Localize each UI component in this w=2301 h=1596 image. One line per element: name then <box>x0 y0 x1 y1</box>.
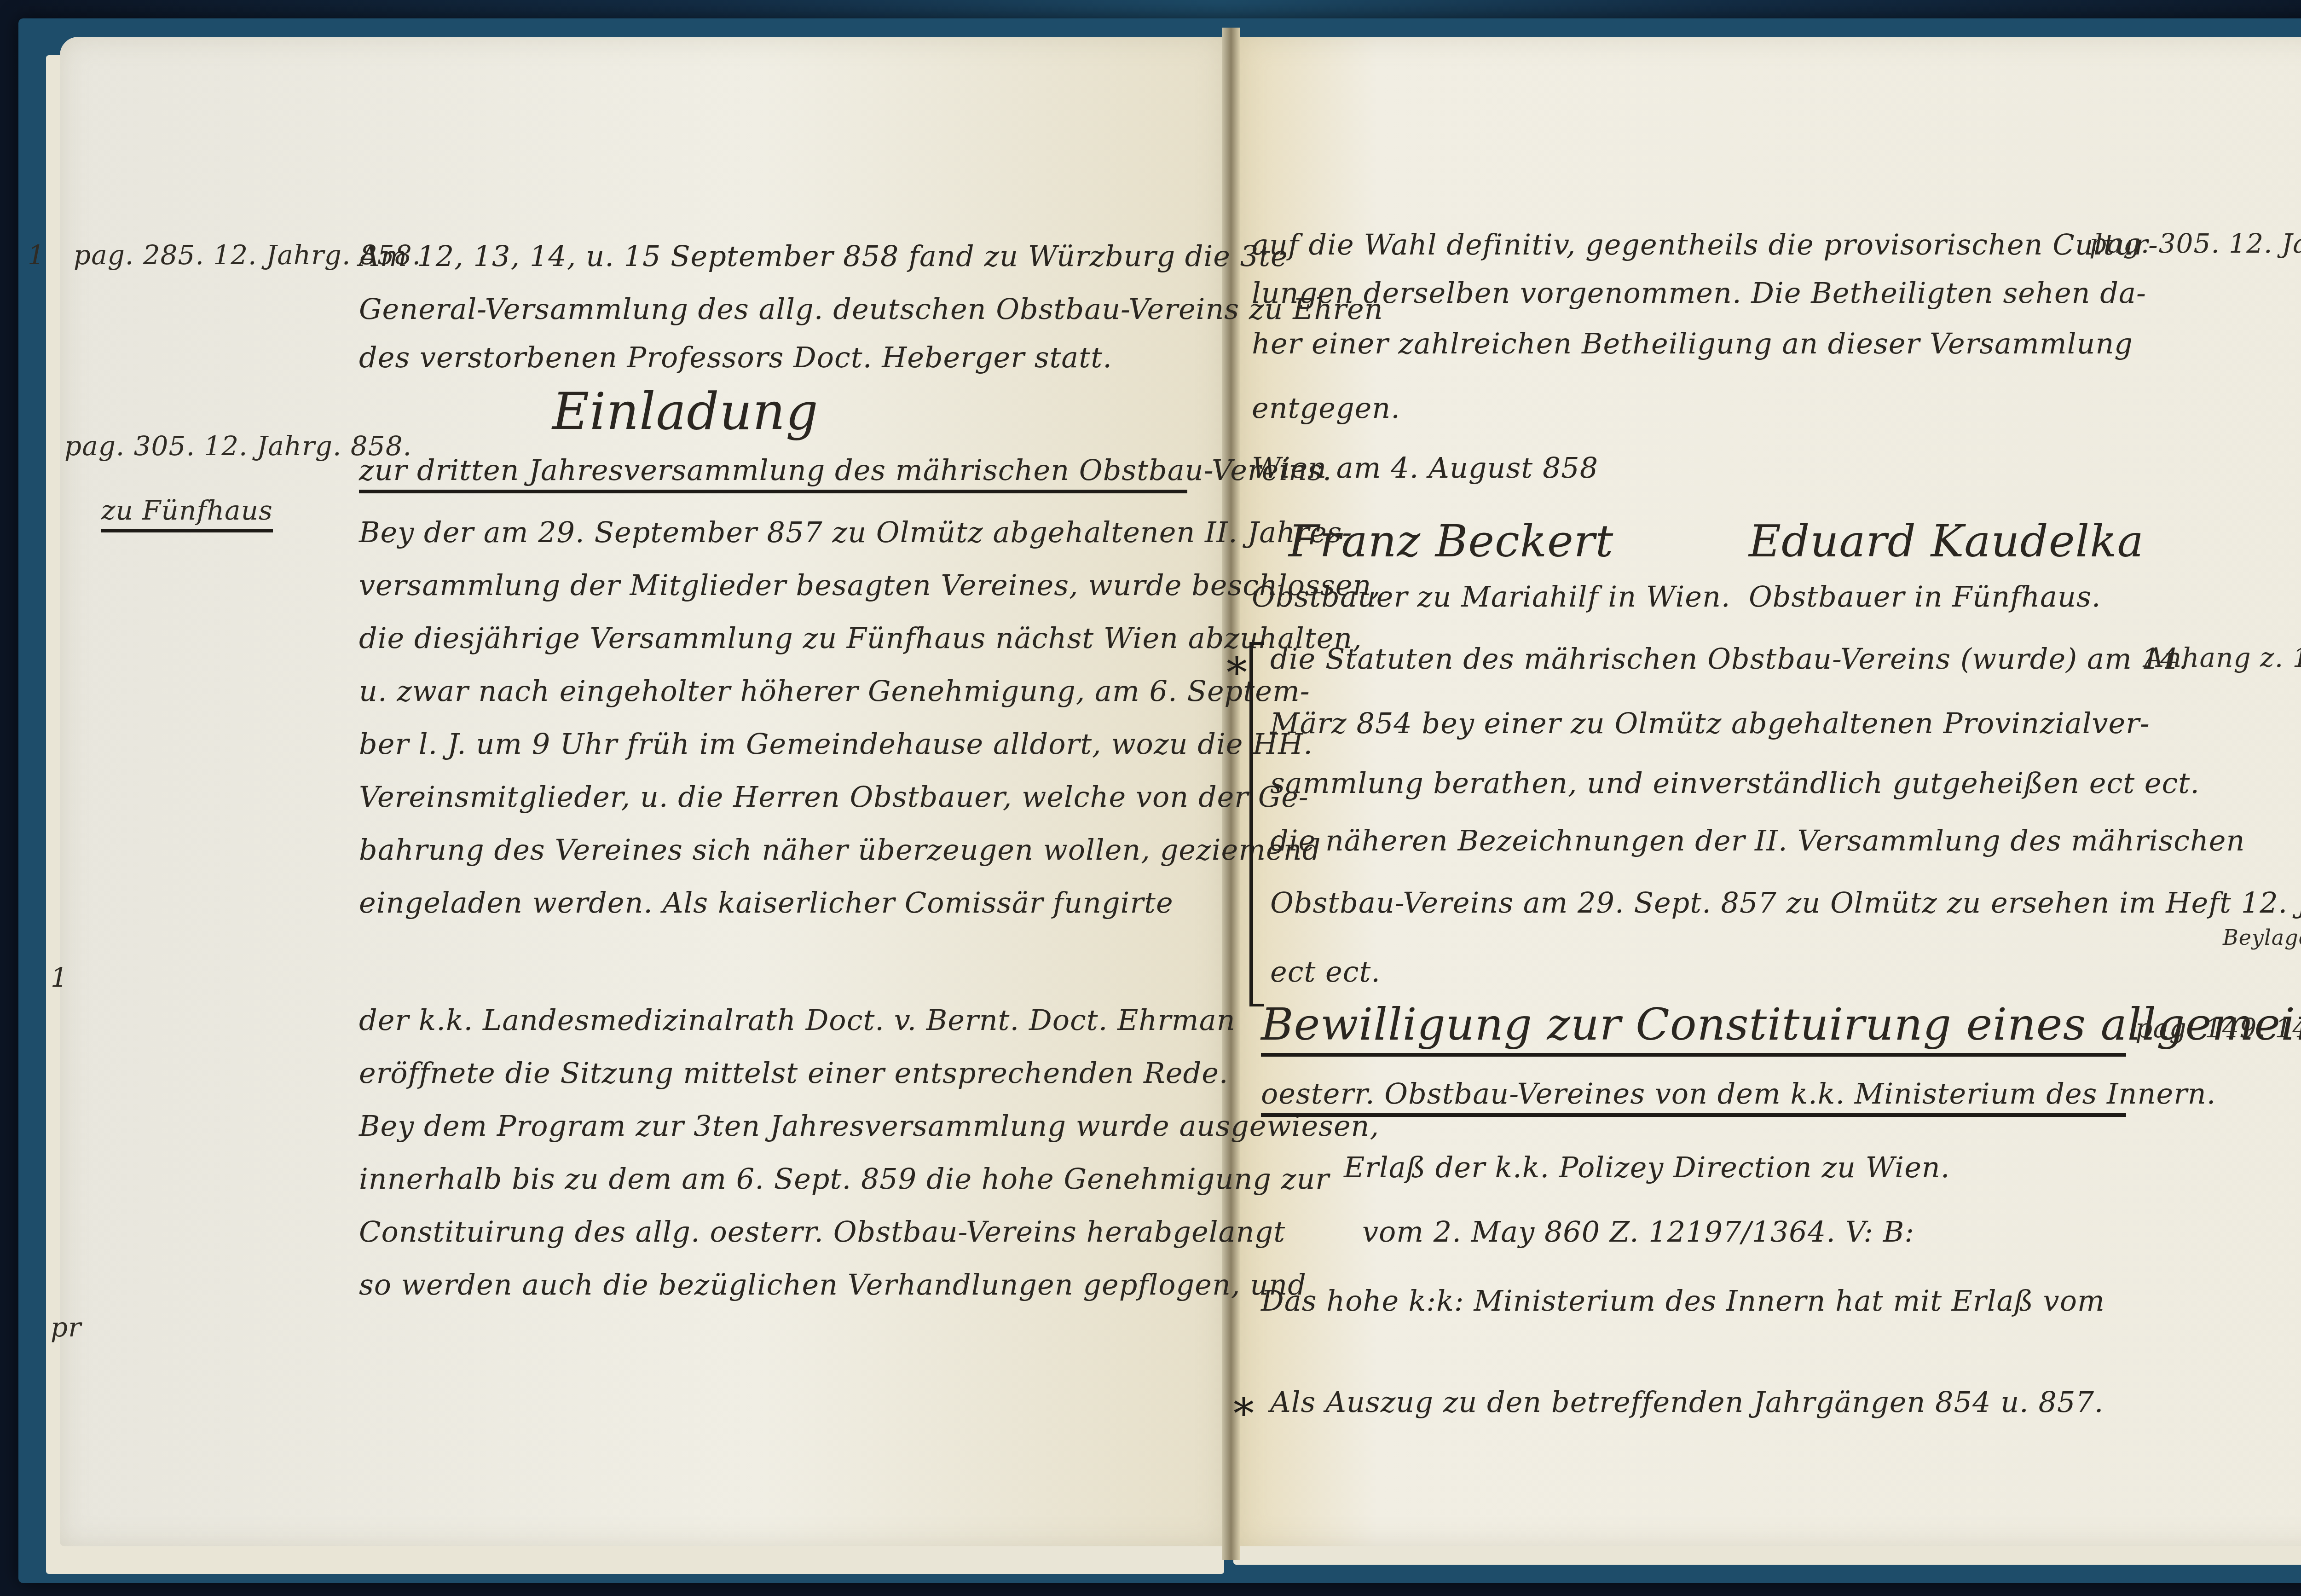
asterisk-icon: * <box>1226 649 1247 697</box>
approval-heading: oesterr. Obstbau-Vereines von dem k.k. M… <box>1261 1077 2126 1117</box>
text-line: die diesjährige Versammlung zu Fünfhaus … <box>359 621 1362 655</box>
text-line: ber l. J. um 9 Uhr früh im Gemeindehause… <box>359 727 1313 761</box>
signature-name: Franz Beckert <box>1289 515 1613 567</box>
footnote: Als Auszug zu den betreffenden Jahrgänge… <box>1270 1385 2104 1419</box>
margin-mark: 1 <box>28 239 45 271</box>
text-line: her einer zahlreichen Betheiligung an di… <box>1252 327 2133 360</box>
text-line: Bey der am 29. September 857 zu Olmütz a… <box>359 515 1352 549</box>
text-line: Obstbau-Vereins am 29. Sept. 857 zu Olmü… <box>1270 886 2301 919</box>
margin-note: Beylage <box>2223 925 2301 950</box>
text-line: die Statuten des mährischen Obstbau-Vere… <box>1270 642 2188 676</box>
text-line: General-Versammlung des allg. deutschen … <box>359 292 1383 326</box>
text-line: ect ect. <box>1270 955 1381 989</box>
signature-name: Eduard Kaudelka <box>1749 515 2144 567</box>
signature-title: Obstbauer in Fünfhaus. <box>1749 580 2101 613</box>
text-line: Vereinsmitglieder, u. die Herren Obstbau… <box>359 780 1309 814</box>
margin-note: Anhang z. 12. Jahrg. 858. <box>2145 642 2301 673</box>
text-line: sammlung berathen, und einverständlich g… <box>1270 766 2200 800</box>
text-line: entgegen. <box>1252 391 1400 425</box>
text-line: lungen derselben vorgenommen. Die Bethei… <box>1252 276 2146 310</box>
text-line: bahrung des Vereines sich näher überzeug… <box>359 833 1321 867</box>
text-line: der k.k. Landesmedizinalrath Doct. v. Be… <box>359 1003 1236 1037</box>
margin-mark: 1 <box>51 962 68 993</box>
text-line: auf die Wahl definitiv, gegentheils die … <box>1252 228 2158 261</box>
margin-mark: pr <box>51 1312 81 1343</box>
text-line: Das hohe k:k: Ministerium des Innern hat… <box>1261 1284 2105 1318</box>
text-line: Am 12, 13, 14, u. 15 September 858 fand … <box>359 239 1288 273</box>
text-line: des verstorbenen Professors Doct. Heberg… <box>359 341 1112 374</box>
section-heading: Einladung <box>552 382 819 441</box>
text-line: u. zwar nach eingeholter höherer Genehmi… <box>359 674 1310 708</box>
signature-title: Obstbauer zu Mariahilf in Wien. <box>1252 580 1731 613</box>
text-line: Constituirung des allg. oesterr. Obstbau… <box>359 1215 1285 1249</box>
section-subheading: zur dritten Jahresversammlung des mähris… <box>359 453 1187 493</box>
asterisk-icon: * <box>1233 1390 1254 1438</box>
text-line: so werden auch die bezüglichen Verhandlu… <box>359 1268 1307 1301</box>
margin-note: pag. 149. 14. Jahrg. 860. <box>2135 1012 2301 1044</box>
text-line: die näheren Bezeichnungen der II. Versam… <box>1270 824 2245 857</box>
text-line: versammlung der Mitglieder besagten Vere… <box>359 568 1381 602</box>
text-line: eingeladen werden. Als kaiserlicher Comi… <box>359 886 1174 919</box>
text-line: innerhalb bis zu dem am 6. Sept. 859 die… <box>359 1162 1330 1196</box>
margin-note: zu Fünfhaus <box>101 495 273 532</box>
text-line: vom 2. May 860 Z. 12197/1364. V: B: <box>1362 1215 1914 1249</box>
text-line: Bey dem Program zur 3ten Jahresversammlu… <box>359 1109 1379 1143</box>
text-line: eröffnete die Sitzung mittelst einer ent… <box>359 1056 1229 1090</box>
approval-heading: Bewilligung zur Constituirung eines allg… <box>1261 999 2126 1057</box>
statutes-bracket <box>1249 642 1264 1006</box>
date-line: Wien am 4. August 858 <box>1252 451 1598 485</box>
margin-note: pag. 305. 12. Jahrg. 858. <box>2089 228 2301 259</box>
text-line: Erlaß der k.k. Polizey Direction zu Wien… <box>1344 1151 1950 1184</box>
text-line: März 854 bey einer zu Olmütz abgehaltene… <box>1270 706 2150 740</box>
